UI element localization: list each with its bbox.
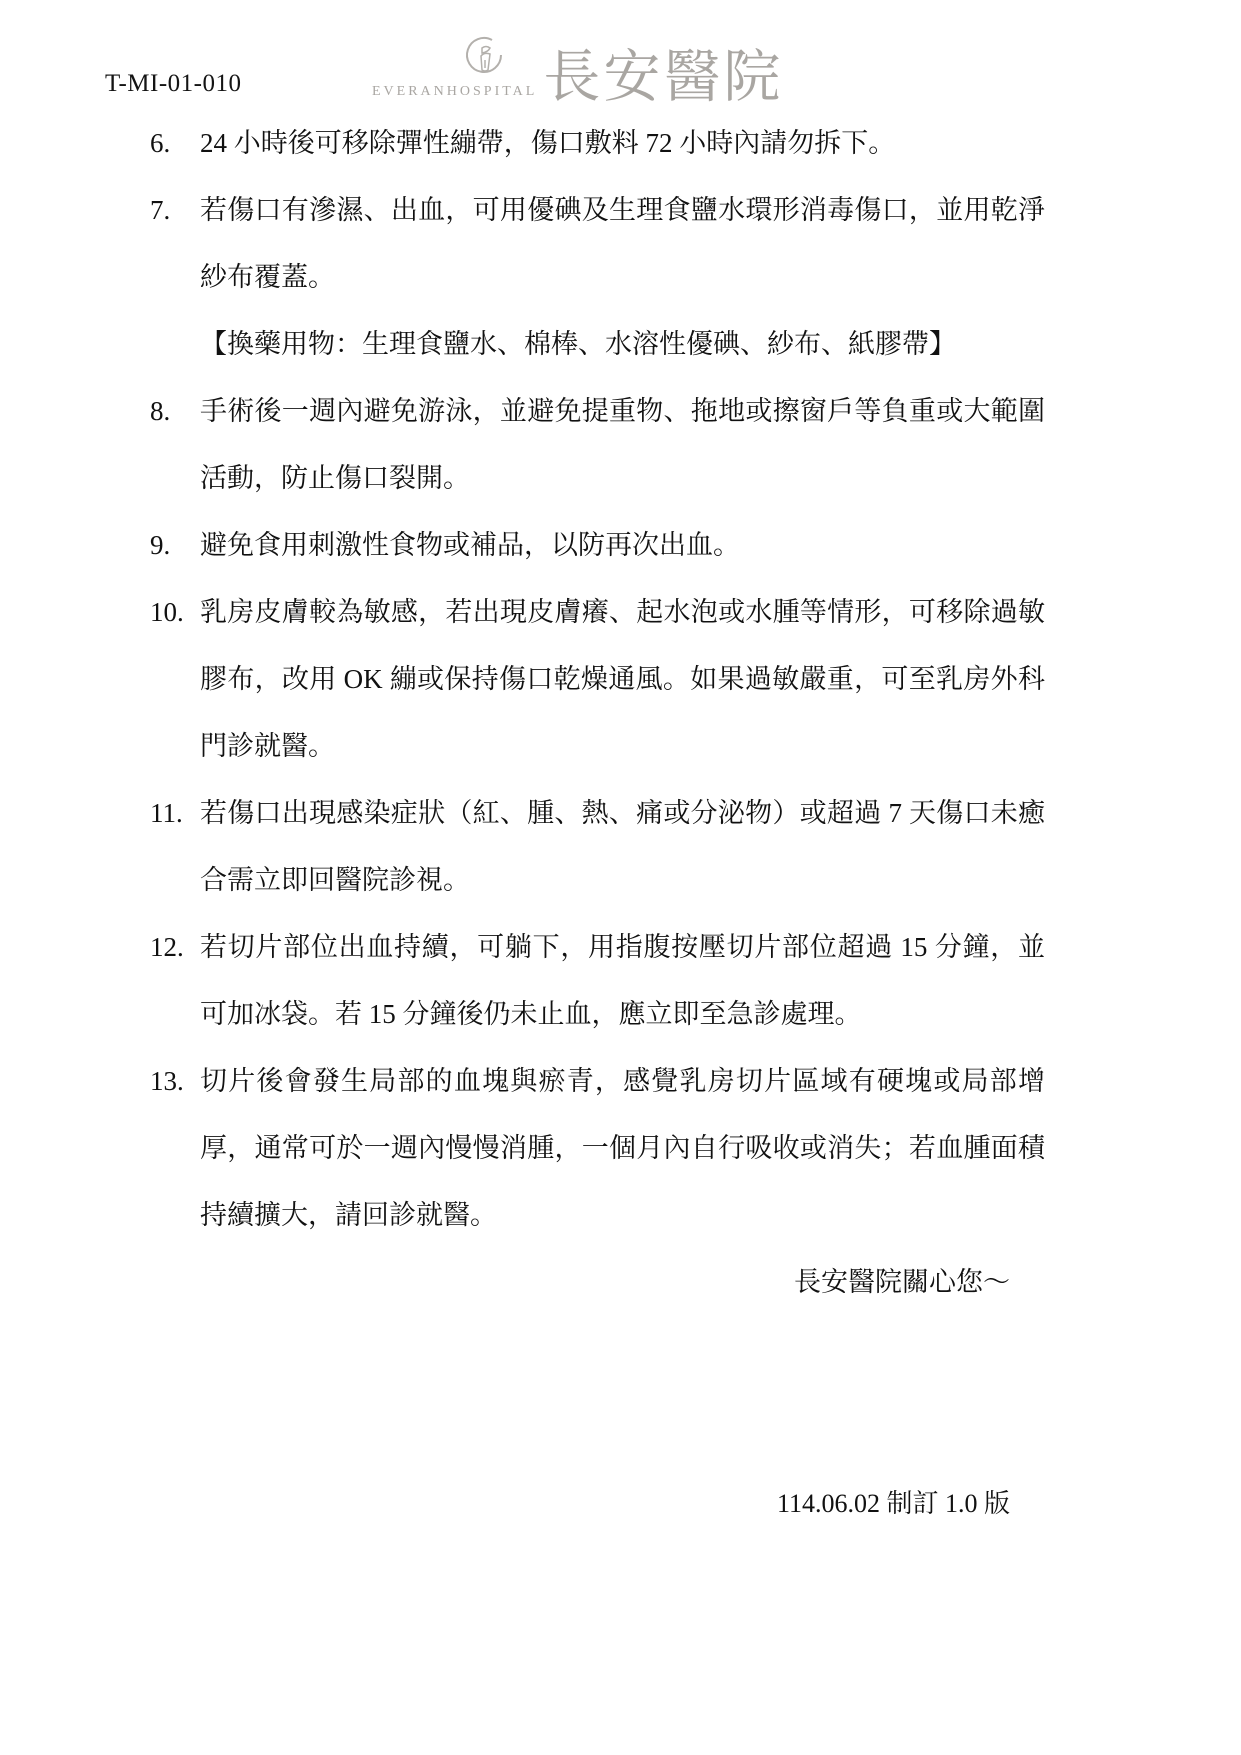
item-body: 切片後會發生局部的血塊與瘀青，感覺乳房切片區域有硬塊或局部增厚，通常可於一週內慢… [200,1048,1045,1249]
item-text: 若傷口出現感染症狀（紅、腫、熱、痛或分泌物）或超過 7 天傷口未癒合需立即回醫院… [200,780,1045,914]
closing-line: 長安醫院關心您～ [200,1249,1045,1316]
document-code: T-MI-01-010 [105,70,242,98]
item-number: 11. [150,780,200,847]
item-number: 12. [150,914,200,981]
document-page: T-MI-01-010 EVERANHOSPITAL 長安醫院 6. 24 小時… [0,0,1241,1755]
version-footer: 114.06.02 制訂 1.0 版 [0,1483,1010,1520]
item-text: 手術後一週內避免游泳，並避免提重物、拖地或擦窗戶等負重或大範圍活動，防止傷口裂開… [200,378,1045,512]
item-body: 若傷口有滲濕、出血，可用優碘及生理食鹽水環形消毒傷口，並用乾淨紗布覆蓋。 【換藥… [200,177,1045,378]
list-item: 11. 若傷口出現感染症狀（紅、腫、熱、痛或分泌物）或超過 7 天傷口未癒合需立… [150,780,1050,914]
item-body: 乳房皮膚較為敏感，若出現皮膚癢、起水泡或水腫等情形，可移除過敏膠布，改用 OK … [200,579,1045,780]
item-number: 8. [150,378,200,445]
item-text: 避免食用刺激性食物或補品，以防再次出血。 [200,512,1045,579]
item-number: 13. [150,1048,200,1115]
instruction-list: 6. 24 小時後可移除彈性繃帶，傷口敷料 72 小時內請勿拆下。 7. 若傷口… [150,110,1050,1316]
item-body: 若傷口出現感染症狀（紅、腫、熱、痛或分泌物）或超過 7 天傷口未癒合需立即回醫院… [200,780,1045,914]
list-item: 6. 24 小時後可移除彈性繃帶，傷口敷料 72 小時內請勿拆下。 [150,110,1050,177]
item-body: 避免食用刺激性食物或補品，以防再次出血。 [200,512,1045,579]
item-note: 【換藥用物：生理食鹽水、棉棒、水溶性優碘、紗布、紙膠帶】 [200,311,1045,378]
item-text: 切片後會發生局部的血塊與瘀青，感覺乳房切片區域有硬塊或局部增厚，通常可於一週內慢… [200,1048,1045,1249]
item-number: 10. [150,579,200,646]
hospital-name-zh: 長安醫院 [543,49,783,106]
item-text: 若傷口有滲濕、出血，可用優碘及生理食鹽水環形消毒傷口，並用乾淨紗布覆蓋。 [200,177,1045,311]
list-item: 13. 切片後會發生局部的血塊與瘀青，感覺乳房切片區域有硬塊或局部增厚，通常可於… [150,1048,1050,1249]
hospital-logo-icon [462,34,506,82]
item-number: 6. [150,110,200,177]
list-item: 7. 若傷口有滲濕、出血，可用優碘及生理食鹽水環形消毒傷口，並用乾淨紗布覆蓋。 … [150,177,1050,378]
list-item: 8. 手術後一週內避免游泳，並避免提重物、拖地或擦窗戶等負重或大範圍活動，防止傷… [150,378,1050,512]
item-number: 9. [150,512,200,579]
item-body: 24 小時後可移除彈性繃帶，傷口敷料 72 小時內請勿拆下。 [200,110,1045,177]
item-number: 7. [150,177,200,244]
hospital-logo-left: EVERANHOSPITAL [372,34,537,100]
item-body: 手術後一週內避免游泳，並避免提重物、拖地或擦窗戶等負重或大範圍活動，防止傷口裂開… [200,378,1045,512]
item-text: 24 小時後可移除彈性繃帶，傷口敷料 72 小時內請勿拆下。 [200,110,1045,177]
list-item: 10. 乳房皮膚較為敏感，若出現皮膚癢、起水泡或水腫等情形，可移除過敏膠布，改用… [150,579,1050,780]
hospital-logo: EVERANHOSPITAL 長安醫院 [372,34,783,100]
hospital-name-en: EVERANHOSPITAL [372,84,537,100]
item-text: 若切片部位出血持續，可躺下，用指腹按壓切片部位超過 15 分鐘，並可加冰袋。若 … [200,914,1045,1048]
list-item: 12. 若切片部位出血持續，可躺下，用指腹按壓切片部位超過 15 分鐘，並可加冰… [150,914,1050,1048]
item-text: 乳房皮膚較為敏感，若出現皮膚癢、起水泡或水腫等情形，可移除過敏膠布，改用 OK … [200,579,1045,780]
list-item: 9. 避免食用刺激性食物或補品，以防再次出血。 [150,512,1050,579]
item-body: 若切片部位出血持續，可躺下，用指腹按壓切片部位超過 15 分鐘，並可加冰袋。若 … [200,914,1045,1048]
